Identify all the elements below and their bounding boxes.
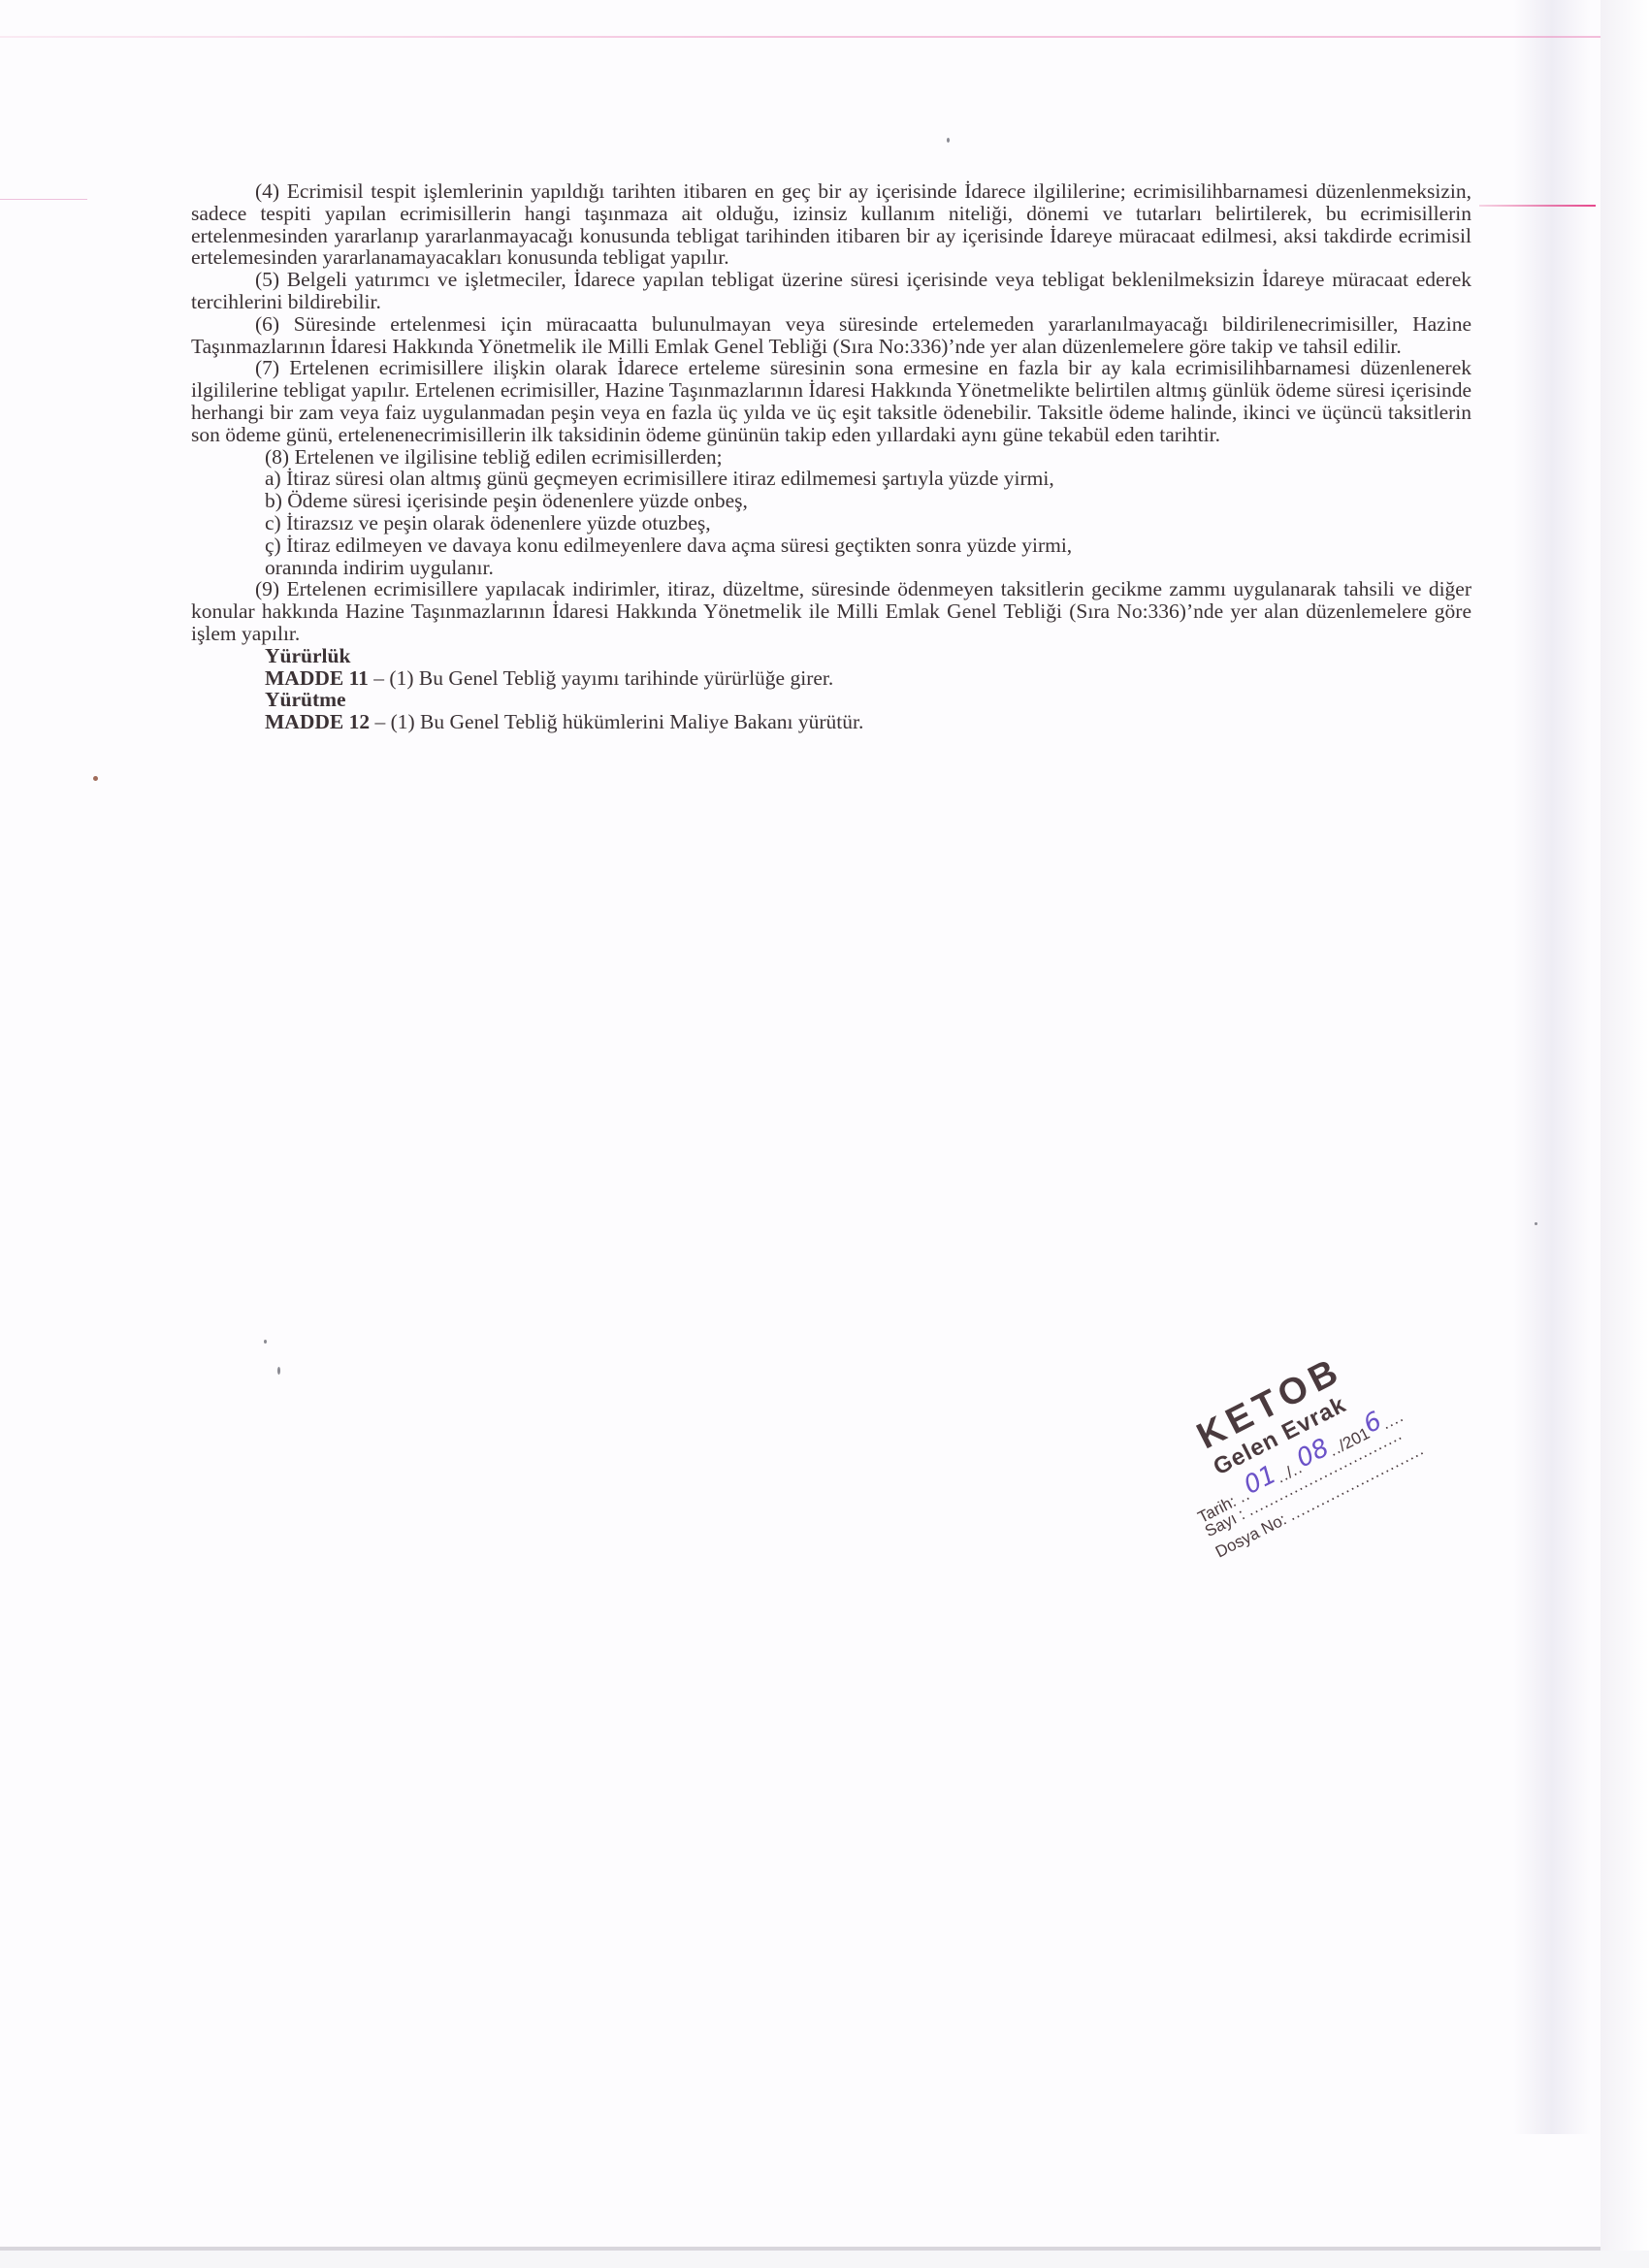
paragraph-4: (4) Ecrimisil tespit işlemlerinin yapıld… <box>191 180 1471 269</box>
article-label: MADDE 11 <box>265 666 369 690</box>
speck <box>93 776 98 781</box>
article-12: MADDE 12 – (1) Bu Genel Tebliğ hükümleri… <box>191 711 1471 733</box>
scan-line-artifact <box>0 199 87 200</box>
section-heading-yurutme: Yürütme <box>191 689 1471 711</box>
paragraph-5: (5) Belgeli yatırımcı ve işletmeciler, İ… <box>191 269 1471 313</box>
scan-line-artifact <box>1479 205 1596 207</box>
article-text: – (1) Bu Genel Tebliğ hükümlerini Maliye… <box>370 710 863 733</box>
paragraph-9: (9) Ertelenen ecrimisillere yapılacak in… <box>191 578 1471 644</box>
list-item: c) İtirazsız ve peşin olarak ödenenlere … <box>191 512 1471 535</box>
list-item: a) İtiraz süresi olan altmış günü geçmey… <box>191 468 1471 490</box>
scan-edge-right <box>1600 0 1649 2268</box>
article-text: – (1) Bu Genel Tebliğ yayımı tarihinde y… <box>369 666 833 690</box>
paragraph-7: (7) Ertelenen ecrimisillere ilişkin olar… <box>191 357 1471 445</box>
list-item: b) Ödeme süresi içerisinde peşin ödenenl… <box>191 490 1471 512</box>
section-heading-yururluk: Yürürlük <box>191 645 1471 667</box>
scan-shadow <box>1513 0 1591 2134</box>
paragraph-8-intro: (8) Ertelenen ve ilgilisine tebliğ edile… <box>191 446 1471 469</box>
paragraph-6: (6) Süresinde ertelenmesi için müracaatt… <box>191 313 1471 358</box>
scanner-bed-strip <box>0 2251 1649 2268</box>
paragraph-8-outro: oranında indirim uygulanır. <box>191 557 1471 579</box>
article-label: MADDE 12 <box>265 710 370 733</box>
speck <box>947 138 950 143</box>
speck <box>277 1367 280 1375</box>
received-stamp: KETOB Gelen Evrak Tarih: ..01../..08../2… <box>1154 1299 1502 1604</box>
article-11: MADDE 11 – (1) Bu Genel Tebliğ yayımı ta… <box>191 667 1471 690</box>
speck <box>1535 1222 1537 1225</box>
speck <box>264 1340 267 1344</box>
document-body: (4) Ecrimisil tespit işlemlerinin yapıld… <box>191 180 1471 733</box>
list-item: ç) İtiraz edilmeyen ve davaya konu edilm… <box>191 535 1471 557</box>
scan-line-artifact <box>0 36 1600 38</box>
